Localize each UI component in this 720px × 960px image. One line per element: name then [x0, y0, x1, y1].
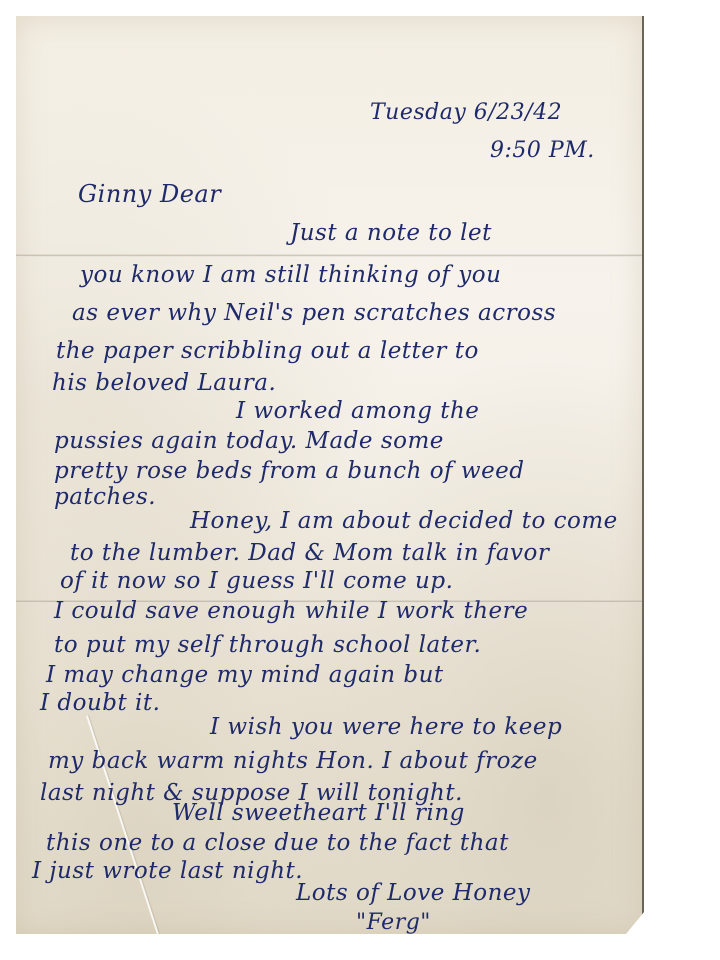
letter-line: to put my self through school later. [54, 632, 481, 658]
letter-line: I worked among the [236, 398, 479, 424]
letter-salutation: Ginny Dear [78, 180, 221, 208]
letter-line: the paper scribbling out a letter to [56, 338, 479, 364]
fold-crease [16, 254, 642, 257]
letter-line: I wish you were here to keep [210, 714, 562, 740]
letter-closing: Lots of Love Honey [296, 880, 531, 906]
letter-line: pussies again today. Made some [54, 428, 444, 454]
letter-line: as ever why Neil's pen scratches across [72, 300, 556, 326]
letter-line: of it now so I guess I'll come up. [60, 568, 453, 594]
letter-line: Well sweetheart I'll ring [172, 800, 465, 826]
letter-line: Just a note to let [290, 220, 492, 246]
letter-line: pretty rose beds from a bunch of weed [54, 458, 525, 484]
letter-date: Tuesday 6/23/42 [370, 100, 562, 125]
letter-time: 9:50 PM. [490, 138, 595, 163]
letter-line: to the lumber. Dad & Mom talk in favor [70, 540, 549, 566]
letter-line: I may change my mind again but [46, 662, 444, 688]
letter-line: his beloved Laura. [52, 370, 276, 396]
letter-line: you know I am still thinking of you [80, 262, 501, 288]
letter-line: I just wrote last night. [32, 858, 303, 884]
letter-line: patches. [54, 484, 156, 510]
letter-signature: "Ferg" [356, 910, 431, 935]
letter-line: Honey, I am about decided to come [190, 508, 618, 534]
letter-line: my back warm nights Hon. I about froze [48, 748, 538, 774]
letter-line: this one to a close due to the fact that [46, 830, 509, 856]
letter-line: I could save enough while I work there [54, 598, 528, 624]
letter-line: I doubt it. [40, 690, 160, 716]
